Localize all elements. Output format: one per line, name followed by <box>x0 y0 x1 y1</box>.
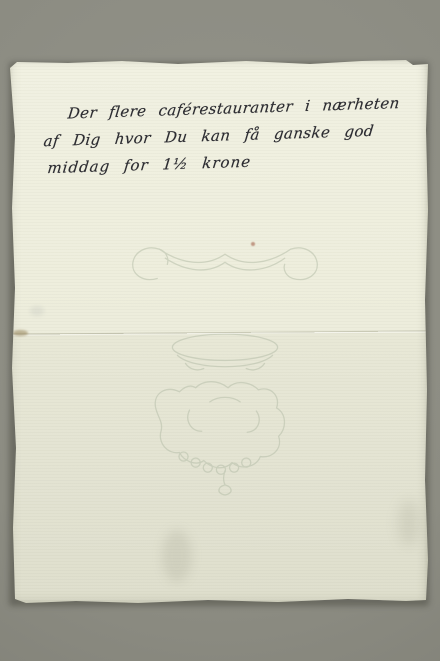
crest-emblem-icon <box>118 238 332 496</box>
handwritten-line-1: Der flere caférestauranter i nærheten <box>67 94 401 123</box>
handwritten-line-3: middag for 1½ krone <box>47 153 253 177</box>
paper-blemish <box>398 500 420 546</box>
crest-shield <box>155 382 284 468</box>
crest-torse <box>172 334 277 360</box>
photo-background: Der flere caférestauranter i nærheten af… <box>0 0 440 661</box>
paper-sheet: Der flere caférestauranter i nærheten af… <box>10 60 428 603</box>
handwritten-note: Der flere caférestauranter i nærheten af… <box>8 48 432 261</box>
paper-blemish <box>30 306 44 316</box>
lower-half-shading <box>10 333 428 603</box>
crest-pendant <box>219 471 231 495</box>
paper-blemish <box>162 530 192 582</box>
handwritten-line-2: af Dig hvor Du kan få ganske god <box>43 122 375 150</box>
paper-blemish <box>13 330 28 336</box>
fold-crease <box>10 330 428 335</box>
